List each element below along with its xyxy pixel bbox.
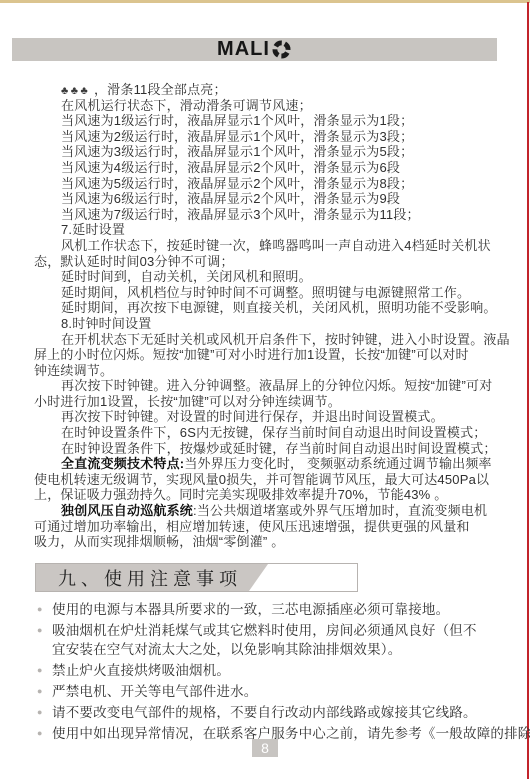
text-line: 独创风压自动巡航系统:当公共烟道堵塞或外界气压增加时，直流变频电机	[34, 503, 502, 519]
text-line: 当风速为2级运行时，液晶屏显示1个风叶，滑条显示为3段；	[34, 129, 502, 145]
shutter-ring-icon	[271, 39, 292, 60]
text-run: 延时时间到，自动关机，关闭风机和照明。	[61, 269, 312, 284]
text-run: ，滑条11段全部点亮；	[90, 82, 227, 97]
text-run: 态，默认延时时间03分钟不可调；	[34, 254, 234, 269]
usage-notes-list: ● 使用的电源与本器具所要求的一致，三芯电源插座必须可靠接地。 ● 吸油烟机在炉…	[37, 600, 517, 745]
text-line: 全直流变频技术特点:当外界压力变化时， 变频驱动系统通过调节输出频率	[34, 456, 502, 472]
note-text: 严禁电机、开关等电气部件进水。	[52, 682, 258, 701]
text-run: 延时期间，风机档位与时钟时间不可调整。照明键与电源键照常工作。	[61, 285, 470, 300]
text-line: ♣♣♣ ，滑条11段全部点亮；	[34, 82, 502, 98]
bullet-icon: ●	[37, 724, 52, 743]
page-number-badge: 8	[252, 739, 278, 757]
bullet-icon: ●	[37, 661, 52, 680]
note-text: 使用的电源与本器具所要求的一致，三芯电源插座必须可靠接地。	[52, 600, 449, 619]
text-run: 延时期间，再次按下电源键，则直接关机，关闭风机，照明功能不受影响。	[61, 300, 497, 315]
page-right-edge-line	[527, 2, 529, 779]
text-line: 钟连续调节。	[34, 363, 502, 379]
text-run: 在时钟设置条件下，按爆炒或延时键，存当前时间自动退出时间设置模式；	[61, 441, 497, 456]
text-line: 再次按下时钟键。对设置的时间进行保存，并退出时间设置模式。	[34, 409, 502, 425]
text-line: 再次按下时钟键。进入分钟调整。液晶屏上的分钟位闪烁。短按“加键”可对	[34, 378, 502, 394]
text-line: 当风速为1级运行时，液晶屏显示1个风叶，滑条显示为1段；	[34, 113, 502, 129]
note-text: 禁止炉火直接烘烤吸油烟机。	[52, 661, 230, 680]
text-run: 屏上的小时位闪烁。短按“加键”可对小时进行加1设置，长按“加键”可以对时	[34, 347, 469, 362]
section-header: 九、使用注意事项	[35, 563, 358, 592]
text-run: 再次按下时钟键。对设置的时间进行保存，并退出时间设置模式。	[61, 409, 444, 424]
text-run: 在开机状态下无延时关机或风机开启条件下，按时钟键，进入小时设置。液晶	[61, 332, 510, 347]
text-run: 吸力，从而实现排烟顺畅，油烟“零倒灌” 。	[34, 534, 284, 549]
text-line: 8.时钟时间设置	[34, 316, 502, 332]
note-item: ● 吸油烟机在炉灶消耗煤气或其它燃料时使用，房间必须通风良好（但不宜安装在空气对…	[37, 621, 517, 659]
note-line: 使用的电源与本器具所要求的一致，三芯电源插座必须可靠接地。	[52, 600, 449, 619]
note-text: 使用中如出现异常情况，在联系客户服务中心之前，请先参考《一般故障的排除》，	[52, 724, 530, 743]
manual-page: MALI ♣♣♣ ，滑条11段全部点亮； 在风机运行状态下，滑动滑条可调节风速；…	[0, 0, 530, 779]
text-line: 7.延时设置	[34, 222, 502, 238]
text-run: 上，保证吸力强劲持久。同时完美实现吸排效率提升70%，节能43% 。	[34, 487, 447, 502]
text-run: 当风速为3级运行时，液晶屏显示1个风叶，滑条显示为5段；	[61, 144, 413, 159]
text-line: 吸力，从而实现排烟顺畅，油烟“零倒灌” 。	[34, 534, 502, 550]
text-run: 当风速为7级运行时，液晶屏显示3个风叶，滑条显示为11段；	[61, 207, 420, 222]
section-header-notch	[249, 564, 357, 591]
text-run: 当风速为4级运行时，液晶屏显示2个风叶，滑条显示为6段	[61, 160, 400, 175]
text-line: 风机工作状态下，按延时键一次，蜂鸣器鸣叫一声自动进入4档延时关机状	[34, 238, 502, 254]
text-line: 使电机转速无级调节，实现风量0损失，并可智能调节风压，最大可达450Pa以	[34, 472, 502, 488]
text-run: 风机工作状态下，按延时键一次，蜂鸣器鸣叫一声自动进入4档延时关机状	[61, 238, 491, 253]
text-run: :当公共烟道堵塞或外界气压增加时，直流变频电机	[193, 503, 487, 518]
text-line: 当风速为4级运行时，液晶屏显示2个风叶，滑条显示为6段	[34, 160, 502, 176]
note-text: 吸油烟机在炉灶消耗煤气或其它燃料时使用，房间必须通风良好（但不宜安装在空气对流太…	[52, 621, 477, 659]
text-run: 在时钟设置条件下，6S内无按键，保存当前时间自动退出时间设置模式；	[61, 425, 487, 440]
text-run: 再次按下时钟键。进入分钟调整。液晶屏上的分钟位闪烁。短按“加键”可对	[61, 378, 492, 393]
text-line: 在时钟设置条件下，按爆炒或延时键，存当前时间自动退出时间设置模式；	[34, 441, 502, 457]
note-item: ● 严禁电机、开关等电气部件进水。	[37, 682, 517, 701]
instructions-text-block: ♣♣♣ ，滑条11段全部点亮； 在风机运行状态下，滑动滑条可调节风速； 当风速为…	[34, 82, 502, 550]
text-line: 当风速为7级运行时，液晶屏显示3个风叶，滑条显示为11段；	[34, 207, 502, 223]
text-line: 当风速为6级运行时，液晶屏显示2个风叶，滑条显示为9段	[34, 191, 502, 207]
text-run: 当外界压力变化时， 变频驱动系统通过调节输出频率	[184, 456, 491, 471]
brand-header-bar: MALI	[12, 38, 497, 61]
text-line: 屏上的小时位闪烁。短按“加键”可对小时进行加1设置，长按“加键”可以对时	[34, 347, 502, 363]
fan-blade-icons: ♣♣♣	[61, 85, 90, 97]
bullet-icon: ●	[37, 682, 52, 701]
text-line: 延时时间到，自动关机，关闭风机和照明。	[34, 269, 502, 285]
note-line: 宜安装在空气对流太大之处，以免影响其除油排烟效果）。	[52, 640, 477, 659]
bold-run: 全直流变频技术特点:	[61, 456, 184, 471]
text-run: 使电机转速无级调节，实现风量0损失，并可智能调节风压，最大可达450Pa以	[34, 472, 489, 487]
note-line: 使用中如出现异常情况，在联系客户服务中心之前，请先参考《一般故障的排除》，	[52, 724, 530, 743]
note-text: 请不要改变电气部件的规格，不要自行改动内部线路或嫁接其它线路。	[52, 703, 477, 722]
note-line: 吸油烟机在炉灶消耗煤气或其它燃料时使用，房间必须通风良好（但不	[52, 621, 477, 640]
text-run: 当风速为2级运行时，液晶屏显示1个风叶，滑条显示为3段；	[61, 129, 413, 144]
text-run: 7.延时设置	[61, 222, 125, 237]
text-run: 在风机运行状态下，滑动滑条可调节风速；	[61, 98, 312, 113]
note-line: 禁止炉火直接烘烤吸油烟机。	[52, 661, 230, 680]
text-line: 小时进行加1设置，长按“加键”可以对分钟连续调节。	[34, 394, 502, 410]
text-line: 延时期间，再次按下电源键，则直接关机，关闭风机，照明功能不受影响。	[34, 300, 502, 316]
section-title: 九、使用注意事项	[58, 565, 242, 591]
brand-logo: MALI	[217, 38, 292, 61]
text-line: 在开机状态下无延时关机或风机开启条件下，按时钟键，进入小时设置。液晶	[34, 332, 502, 348]
page-top-edge-strip	[0, 0, 530, 3]
text-run: 当风速为1级运行时，液晶屏显示1个风叶，滑条显示为1段；	[61, 113, 413, 128]
text-run: 钟连续调节。	[34, 363, 113, 378]
text-line: 上，保证吸力强劲持久。同时完美实现吸排效率提升70%，节能43% 。	[34, 487, 502, 503]
text-run: 当风速为6级运行时，液晶屏显示2个风叶，滑条显示为9段	[61, 191, 400, 206]
bullet-icon: ●	[37, 703, 52, 722]
note-item: ● 禁止炉火直接烘烤吸油烟机。	[37, 661, 517, 680]
text-run: 小时进行加1设置，长按“加键”可以对分钟连续调节。	[34, 394, 341, 409]
text-line: 在时钟设置条件下，6S内无按键，保存当前时间自动退出时间设置模式；	[34, 425, 502, 441]
text-line: 当风速为3级运行时，液晶屏显示1个风叶，滑条显示为5段；	[34, 144, 502, 160]
bullet-icon: ●	[37, 600, 52, 619]
text-line: 可通过增加功率输出，相应增加转速，使风压迅速增强，提供更强的风量和	[34, 519, 502, 535]
bold-run: 独创风压自动巡航系统	[61, 503, 193, 518]
text-run: 当风速为5级运行时，液晶屏显示2个风叶，滑条显示为8段；	[61, 176, 413, 191]
note-line: 请不要改变电气部件的规格，不要自行改动内部线路或嫁接其它线路。	[52, 703, 477, 722]
note-line: 严禁电机、开关等电气部件进水。	[52, 682, 258, 701]
text-line: 态，默认延时时间03分钟不可调；	[34, 254, 502, 270]
text-line: 在风机运行状态下，滑动滑条可调节风速；	[34, 98, 502, 114]
text-run: 可通过增加功率输出，相应增加转速，使风压迅速增强，提供更强的风量和	[34, 519, 470, 534]
bullet-icon: ●	[37, 621, 52, 659]
note-item: ● 请不要改变电气部件的规格，不要自行改动内部线路或嫁接其它线路。	[37, 703, 517, 722]
text-line: 当风速为5级运行时，液晶屏显示2个风叶，滑条显示为8段；	[34, 176, 502, 192]
brand-logo-text: MALI	[217, 38, 270, 61]
text-run: 8.时钟时间设置	[61, 316, 151, 331]
note-item: ● 使用的电源与本器具所要求的一致，三芯电源插座必须可靠接地。	[37, 600, 517, 619]
text-line: 延时期间，风机档位与时钟时间不可调整。照明键与电源键照常工作。	[34, 285, 502, 301]
